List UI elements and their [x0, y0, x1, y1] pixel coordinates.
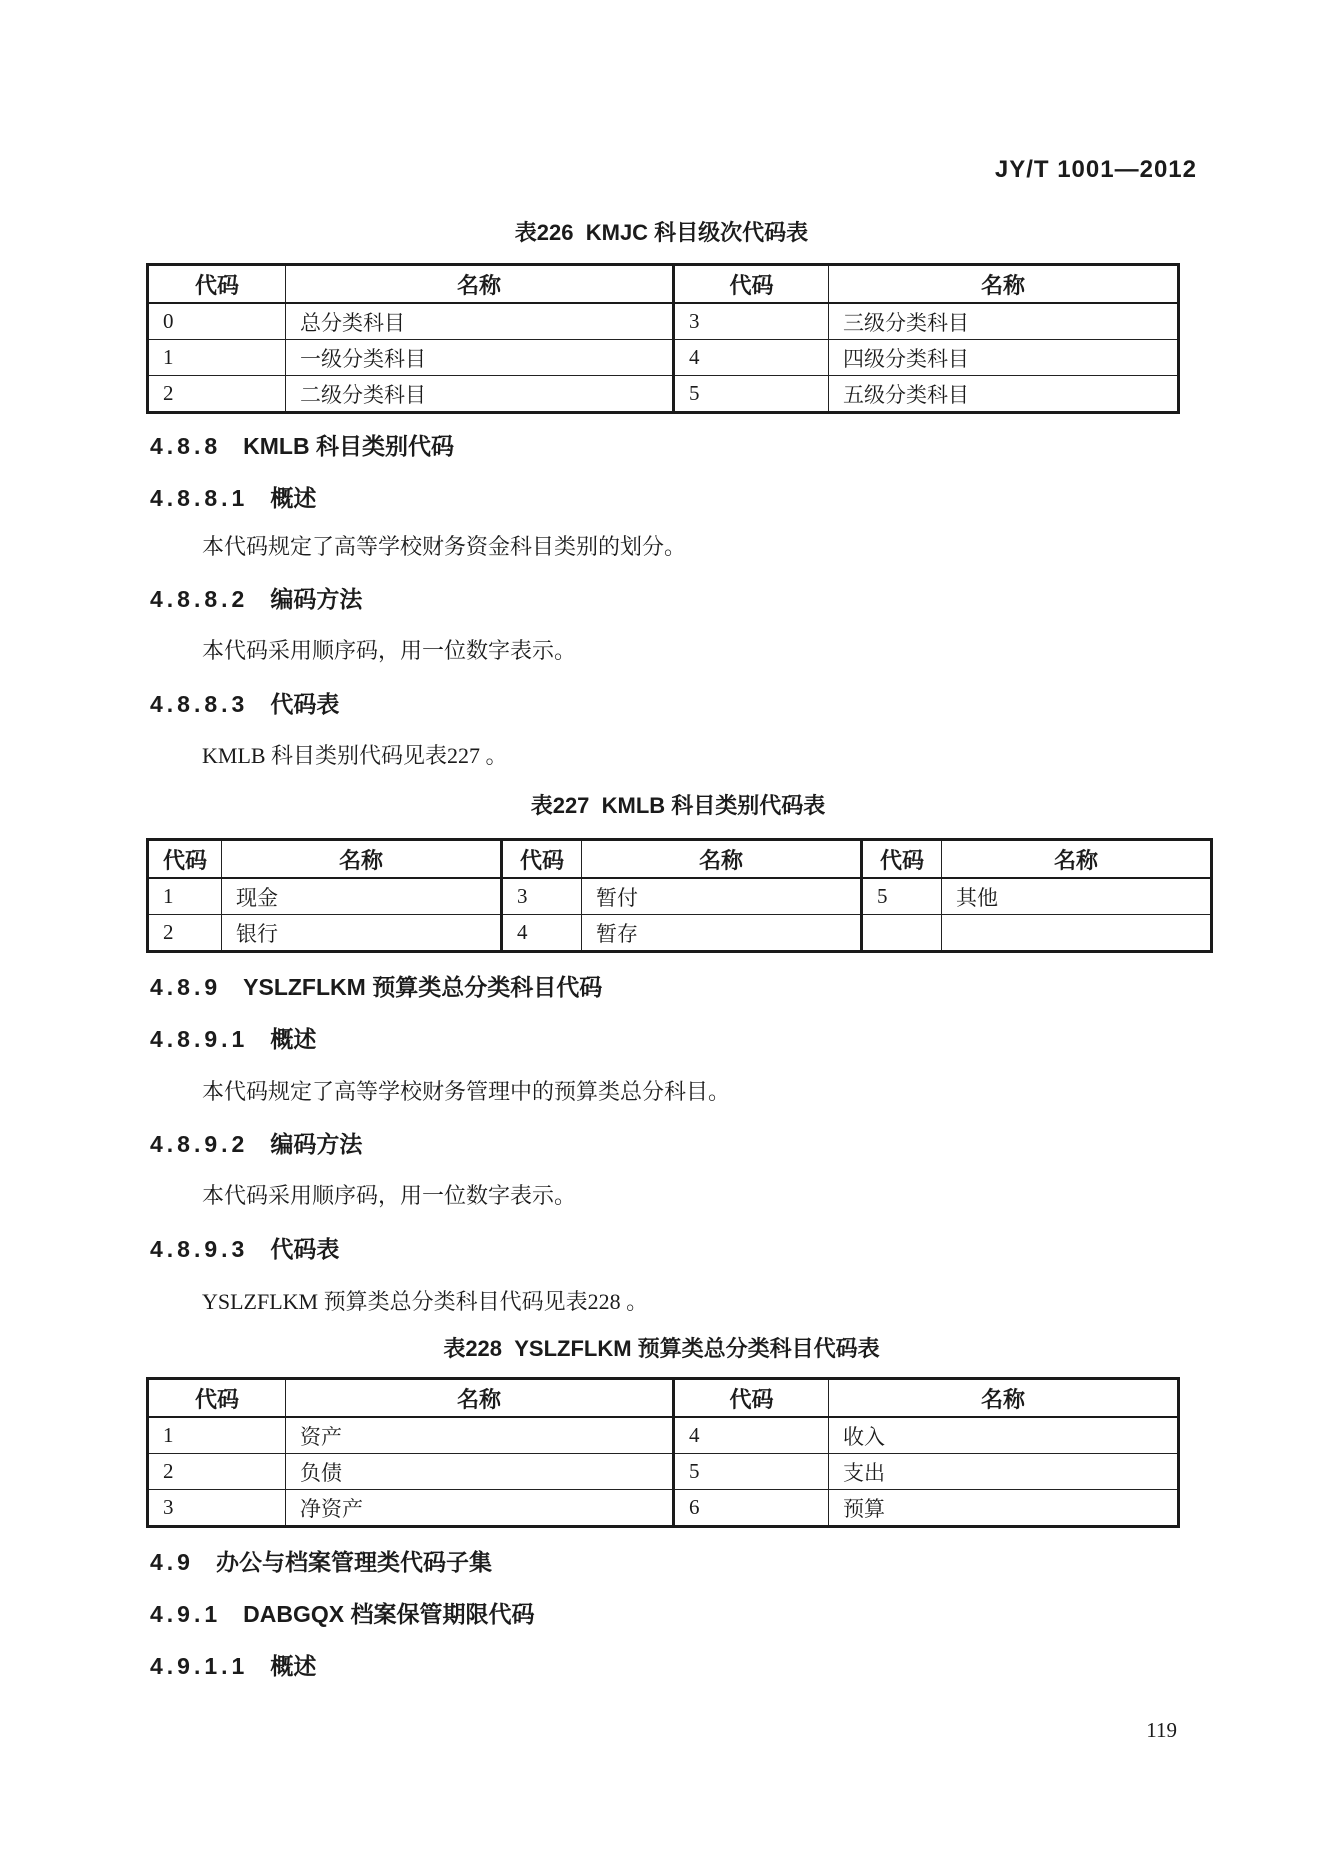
name-cell: 四级分类科目	[829, 340, 1179, 376]
paragraph-encoding-kmlb: 本代码采用顺序码，用一位数字表示。	[202, 637, 576, 665]
section-heading-4-8-8-2: 4.8.8.2编码方法	[150, 585, 362, 613]
section-number: 4.9.1.1	[150, 1653, 248, 1679]
code-cell: 0	[148, 303, 286, 340]
name-cell: 暂付	[582, 878, 862, 915]
code-cell: 1	[148, 878, 222, 915]
code-cell: 5	[862, 878, 942, 915]
code-cell: 2	[148, 915, 222, 952]
code-cell: 3	[674, 303, 829, 340]
code-cell: 2	[148, 376, 286, 413]
column-header: 名称	[582, 840, 862, 879]
code-cell: 4	[502, 915, 582, 952]
table-227-caption: 表227 KMLB 科目类别代码表	[146, 793, 1210, 819]
column-header: 代码	[862, 840, 942, 879]
table-header-row: 代码 名称 代码 名称 代码 名称	[148, 840, 1212, 879]
table-row: 1 现金 3 暂付 5 其他	[148, 878, 1212, 915]
paragraph-overview-kmlb: 本代码规定了高等学校财务资金科目类别的划分。	[202, 533, 686, 561]
name-cell: 二级分类科目	[286, 376, 674, 413]
section-number: 4.9	[150, 1549, 194, 1575]
column-header: 代码	[674, 1379, 829, 1418]
section-title: 办公与档案管理类代码子集	[216, 1549, 492, 1575]
table-227: 代码 名称 代码 名称 代码 名称 1 现金 3 暂付 5 其他 2 银行 4 …	[146, 838, 1213, 953]
section-number: 4.8.9	[150, 974, 221, 1000]
section-number: 4.8.9.2	[150, 1131, 248, 1157]
code-cell: 5	[674, 376, 829, 413]
section-heading-4-8-8-3: 4.8.8.3代码表	[150, 690, 339, 718]
section-heading-4-8-9: 4.8.9YSLZFLKM 预算类总分类科目代码	[150, 973, 602, 1001]
name-cell	[942, 915, 1212, 952]
section-heading-4-8-8: 4.8.8KMLB 科目类别代码	[150, 432, 454, 460]
section-number: 4.9.1	[150, 1601, 221, 1627]
code-cell: 6	[674, 1490, 829, 1527]
table-226-caption: 表226 KMJC 科目级次代码表	[146, 220, 1177, 246]
table-row: 1 一级分类科目 4 四级分类科目	[148, 340, 1179, 376]
name-cell: 资产	[286, 1417, 674, 1454]
paragraph-see-table-227: KMLB 科目类别代码见表227 。	[202, 742, 508, 770]
name-cell: 银行	[222, 915, 502, 952]
column-header: 名称	[829, 265, 1179, 304]
table-228: 代码 名称 代码 名称 1 资产 4 收入 2 负债 5 支出 3 净资产	[146, 1377, 1180, 1528]
code-cell: 3	[502, 878, 582, 915]
code-cell: 4	[674, 1417, 829, 1454]
table-row: 2 负债 5 支出	[148, 1454, 1179, 1490]
section-heading-4-9-1: 4.9.1DABGQX 档案保管期限代码	[150, 1600, 535, 1628]
table-row: 0 总分类科目 3 三级分类科目	[148, 303, 1179, 340]
section-title: 概述	[270, 1653, 316, 1679]
code-cell: 4	[674, 340, 829, 376]
name-cell: 现金	[222, 878, 502, 915]
paragraph-overview-yslzflkm: 本代码规定了高等学校财务管理中的预算类总分科目。	[202, 1078, 730, 1106]
name-cell: 净资产	[286, 1490, 674, 1527]
name-cell: 总分类科目	[286, 303, 674, 340]
section-number: 4.8.8.2	[150, 586, 248, 612]
section-number: 4.8.8	[150, 433, 221, 459]
column-header: 代码	[502, 840, 582, 879]
section-heading-4-8-9-3: 4.8.9.3代码表	[150, 1235, 339, 1263]
table-header-row: 代码 名称 代码 名称	[148, 265, 1179, 304]
code-cell: 1	[148, 340, 286, 376]
name-cell: 一级分类科目	[286, 340, 674, 376]
code-cell: 5	[674, 1454, 829, 1490]
section-title: DABGQX 档案保管期限代码	[243, 1601, 534, 1627]
section-title: 概述	[270, 485, 316, 511]
section-title: 编码方法	[270, 1131, 362, 1157]
column-header: 名称	[286, 1379, 674, 1418]
document-page: JY/T 1001—2012 表226 KMJC 科目级次代码表 代码 名称 代…	[0, 0, 1323, 1871]
code-cell: 1	[148, 1417, 286, 1454]
section-number: 4.8.8.3	[150, 691, 248, 717]
name-cell: 暂存	[582, 915, 862, 952]
table-row: 1 资产 4 收入	[148, 1417, 1179, 1454]
table-row: 2 银行 4 暂存	[148, 915, 1212, 952]
section-heading-4-8-9-1: 4.8.9.1概述	[150, 1025, 316, 1053]
section-title: KMLB 科目类别代码	[243, 433, 454, 459]
section-title: 编码方法	[270, 586, 362, 612]
code-cell	[862, 915, 942, 952]
name-cell: 预算	[829, 1490, 1179, 1527]
section-heading-4-8-9-2: 4.8.9.2编码方法	[150, 1130, 362, 1158]
section-number: 4.8.8.1	[150, 485, 248, 511]
section-number: 4.8.9.1	[150, 1026, 248, 1052]
column-header: 代码	[148, 1379, 286, 1418]
section-heading-4-9: 4.9办公与档案管理类代码子集	[150, 1548, 492, 1576]
table-header-row: 代码 名称 代码 名称	[148, 1379, 1179, 1418]
section-title: 代码表	[270, 691, 339, 717]
name-cell: 支出	[829, 1454, 1179, 1490]
paragraph-see-table-228: YSLZFLKM 预算类总分类科目代码见表228 。	[202, 1288, 648, 1316]
section-heading-4-9-1-1: 4.9.1.1概述	[150, 1652, 316, 1680]
column-header: 代码	[148, 265, 286, 304]
code-cell: 2	[148, 1454, 286, 1490]
name-cell: 五级分类科目	[829, 376, 1179, 413]
section-title: YSLZFLKM 预算类总分类科目代码	[243, 974, 602, 1000]
column-header: 代码	[148, 840, 222, 879]
column-header: 名称	[829, 1379, 1179, 1418]
section-title: 概述	[270, 1026, 316, 1052]
section-title: 代码表	[270, 1236, 339, 1262]
name-cell: 三级分类科目	[829, 303, 1179, 340]
section-number: 4.8.9.3	[150, 1236, 248, 1262]
code-cell: 3	[148, 1490, 286, 1527]
page-number: 119	[146, 1718, 1177, 1743]
column-header: 代码	[674, 265, 829, 304]
paragraph-encoding-yslzflkm: 本代码采用顺序码，用一位数字表示。	[202, 1182, 576, 1210]
table-row: 2 二级分类科目 5 五级分类科目	[148, 376, 1179, 413]
standard-number: JY/T 1001—2012	[146, 156, 1197, 184]
column-header: 名称	[942, 840, 1212, 879]
column-header: 名称	[222, 840, 502, 879]
name-cell: 其他	[942, 878, 1212, 915]
table-row: 3 净资产 6 预算	[148, 1490, 1179, 1527]
column-header: 名称	[286, 265, 674, 304]
section-heading-4-8-8-1: 4.8.8.1概述	[150, 484, 316, 512]
name-cell: 收入	[829, 1417, 1179, 1454]
table-226: 代码 名称 代码 名称 0 总分类科目 3 三级分类科目 1 一级分类科目 4 …	[146, 263, 1180, 414]
name-cell: 负债	[286, 1454, 674, 1490]
table-228-caption: 表228 YSLZFLKM 预算类总分类科目代码表	[146, 1336, 1177, 1362]
